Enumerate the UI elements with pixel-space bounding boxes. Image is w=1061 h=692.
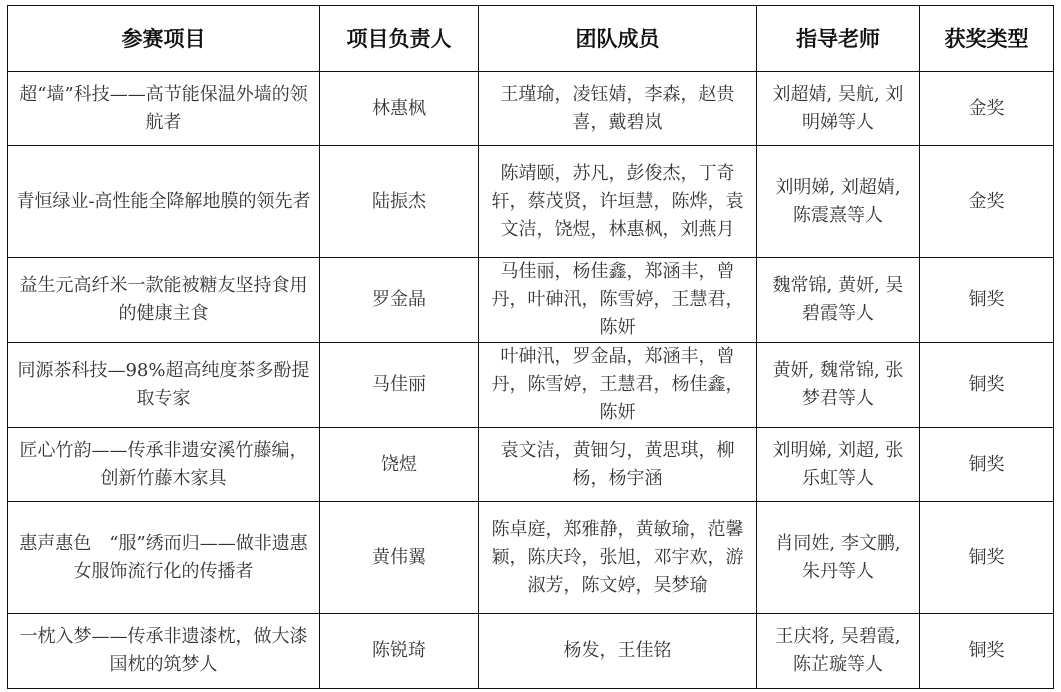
members-cell: 陈靖颐，苏凡，彭俊杰，丁奇轩，蔡茂贤，许垣慧，陈烨，袁文洁，饶煜，林惠枫，刘燕月	[479, 146, 757, 258]
project-cell: 惠声惠色 “服”绣而归——做非遗惠女服饰流行化的传播者	[8, 502, 320, 614]
table-row: 超“墙”科技——高节能保温外墙的领航者 林惠枫 王瑾瑜，凌钰婧，李森，赵贵喜，戴…	[8, 72, 1054, 146]
project-cell: 青恒绿业-高性能全降解地膜的领先者	[8, 146, 320, 258]
project-cell: 一枕入梦——传承非遗漆枕，做大漆国枕的筑梦人	[8, 614, 320, 689]
header-members: 团队成员	[479, 6, 757, 72]
advisors-cell: 刘超婧, 吴航, 刘明娣等人	[757, 72, 920, 146]
project-cell: 超“墙”科技——高节能保温外墙的领航者	[8, 72, 320, 146]
award-cell: 铜奖	[920, 428, 1054, 502]
leader-cell: 林惠枫	[320, 72, 479, 146]
header-advisors: 指导老师	[757, 6, 920, 72]
advisors-cell: 刘明娣, 刘超, 张乐虹等人	[757, 428, 920, 502]
header-leader: 项目负责人	[320, 6, 479, 72]
leader-cell: 陈锐琦	[320, 614, 479, 689]
advisors-cell: 魏常锦, 黄妍, 吴碧霞等人	[757, 258, 920, 343]
award-cell: 铜奖	[920, 258, 1054, 343]
award-cell: 金奖	[920, 72, 1054, 146]
project-cell: 同源茶科技—98%超高纯度茶多酚提取专家	[8, 343, 320, 428]
project-cell: 益生元高纤米一款能被糖友坚持食用的健康主食	[8, 258, 320, 343]
advisors-cell: 黄妍, 魏常锦, 张梦君等人	[757, 343, 920, 428]
advisors-cell: 王庆将, 吴碧霞, 陈芷璇等人	[757, 614, 920, 689]
project-cell: 匠心竹韵——传承非遗安溪竹藤编，创新竹藤木家具	[8, 428, 320, 502]
members-cell: 马佳丽，杨佳鑫，郑涵丰，曾丹，叶砷汛，陈雪婷，王慧君，陈妍	[479, 258, 757, 343]
award-cell: 铜奖	[920, 343, 1054, 428]
header-row: 参赛项目 项目负责人 团队成员 指导老师 获奖类型	[8, 6, 1054, 72]
table-row: 同源茶科技—98%超高纯度茶多酚提取专家 马佳丽 叶砷汛，罗金晶，郑涵丰，曾丹，…	[8, 343, 1054, 428]
table-row: 一枕入梦——传承非遗漆枕，做大漆国枕的筑梦人 陈锐琦 杨发，王佳铭 王庆将, 吴…	[8, 614, 1054, 689]
leader-cell: 罗金晶	[320, 258, 479, 343]
table-row: 青恒绿业-高性能全降解地膜的领先者 陆振杰 陈靖颐，苏凡，彭俊杰，丁奇轩，蔡茂贤…	[8, 146, 1054, 258]
advisors-cell: 肖同姓, 李文鹏, 朱丹等人	[757, 502, 920, 614]
advisors-cell: 刘明娣, 刘超婧, 陈震熹等人	[757, 146, 920, 258]
table-row: 惠声惠色 “服”绣而归——做非遗惠女服饰流行化的传播者 黄伟翼 陈卓庭，郑雅静，…	[8, 502, 1054, 614]
award-cell: 金奖	[920, 146, 1054, 258]
members-cell: 杨发，王佳铭	[479, 614, 757, 689]
members-cell: 袁文洁，黄钿匀，黄思琪，柳杨，杨宇涵	[479, 428, 757, 502]
members-cell: 陈卓庭，郑雅静，黄敏瑜，范馨颖，陈庆玲，张旭，邓宇欢，游淑芳，陈文婷，吴梦瑜	[479, 502, 757, 614]
table-row: 匠心竹韵——传承非遗安溪竹藤编，创新竹藤木家具 饶煜 袁文洁，黄钿匀，黄思琪，柳…	[8, 428, 1054, 502]
leader-cell: 黄伟翼	[320, 502, 479, 614]
members-cell: 叶砷汛，罗金晶，郑涵丰，曾丹，陈雪婷，王慧君，杨佳鑫，陈妍	[479, 343, 757, 428]
award-cell: 铜奖	[920, 502, 1054, 614]
awards-table: 参赛项目 项目负责人 团队成员 指导老师 获奖类型 超“墙”科技——高节能保温外…	[7, 5, 1054, 689]
leader-cell: 饶煜	[320, 428, 479, 502]
table-row: 益生元高纤米一款能被糖友坚持食用的健康主食 罗金晶 马佳丽，杨佳鑫，郑涵丰，曾丹…	[8, 258, 1054, 343]
members-cell: 王瑾瑜，凌钰婧，李森，赵贵喜，戴碧岚	[479, 72, 757, 146]
header-project: 参赛项目	[8, 6, 320, 72]
header-award: 获奖类型	[920, 6, 1054, 72]
leader-cell: 马佳丽	[320, 343, 479, 428]
leader-cell: 陆振杰	[320, 146, 479, 258]
award-cell: 铜奖	[920, 614, 1054, 689]
